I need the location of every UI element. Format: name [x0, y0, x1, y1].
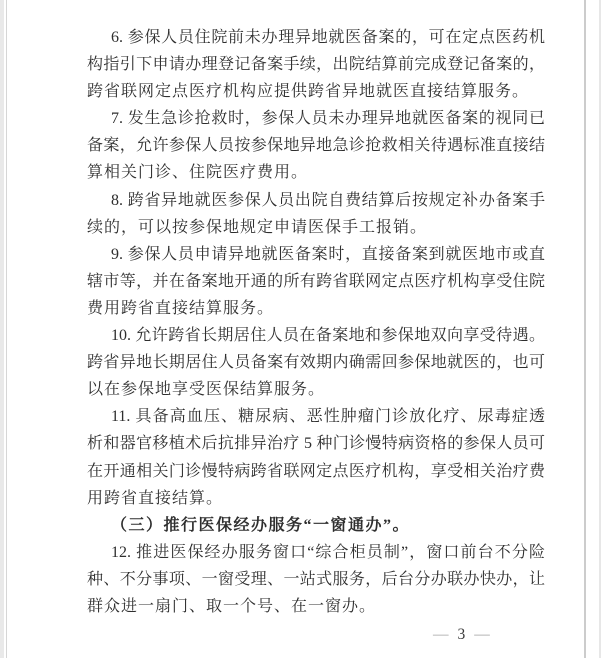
document-line: 6. 参保人员住院前未办理异地就医备案的，可在定点医药机	[87, 24, 545, 51]
document-body: 6. 参保人员住院前未办理异地就医备案的，可在定点医药机构指引下申请办理登记备案…	[87, 24, 545, 620]
document-line: 辖市等，并在备案地开通的所有跨省联网定点医疗机构享受住院	[87, 268, 545, 295]
document-line: 析和器官移植术后抗排异治疗 5 种门诊慢特病资格的参保人员可	[87, 430, 545, 457]
page-left-edge	[0, 0, 4, 658]
document-line: 10. 允许跨省长期居住人员在备案地和参保地双向享受待遇。	[87, 322, 545, 349]
document-line: 跨省联网定点医疗机构应提供跨省异地就医直接结算服务。	[87, 78, 545, 105]
document-line: 种、不分事项、一窗受理、一站式服务，后台分办联办快办，让	[87, 566, 545, 593]
page-right-border	[584, 0, 586, 658]
page-left-border	[6, 0, 7, 658]
document-line: 9. 参保人员申请异地就医备案时，直接备案到就医地市或直	[87, 241, 545, 268]
document-line: 在开通相关门诊慢特病跨省联网定点医疗机构，享受相关治疗费	[87, 458, 545, 485]
document-line: 费用跨省直接结算服务。	[87, 295, 545, 322]
document-page: 6. 参保人员住院前未办理异地就医备案的，可在定点医药机构指引下申请办理登记备案…	[0, 0, 601, 658]
section-heading: （三）推行医保经办服务“一窗通办”。	[87, 512, 545, 539]
page-number-dash-left: —	[433, 626, 449, 644]
page-number: — 3 —	[433, 626, 490, 644]
page-number-value: 3	[458, 626, 466, 644]
document-line: 7. 发生急诊抢救时，参保人员未办理异地就医备案的视同已	[87, 105, 545, 132]
document-line: 群众进一扇门、取一个号、在一窗办。	[87, 593, 545, 620]
document-line: 以在参保地享受医保结算服务。	[87, 376, 545, 403]
document-line: 11. 具备高血压、糖尿病、恶性肿瘤门诊放化疗、尿毒症透	[87, 403, 545, 430]
document-line: 算相关门诊、住院医疗费用。	[87, 159, 545, 186]
page-number-dash-right: —	[474, 626, 490, 644]
document-line: 续的，可以按参保地规定申请医保手工报销。	[87, 214, 545, 241]
document-line: 跨省异地长期居住人员备案有效期内确需回参保地就医的，也可	[87, 349, 545, 376]
document-line: 8. 跨省异地就医参保人员出院自费结算后按规定补办备案手	[87, 187, 545, 214]
document-line: 备案，允许参保人员按参保地异地急诊抢救相关待遇标准直接结	[87, 132, 545, 159]
document-line: 构指引下申请办理登记备案手续，出院结算前完成登记备案的，	[87, 51, 545, 78]
document-line: 用跨省直接结算。	[87, 485, 545, 512]
document-line: 12. 推进医保经办服务窗口“综合柜员制”，窗口前台不分险	[87, 539, 545, 566]
